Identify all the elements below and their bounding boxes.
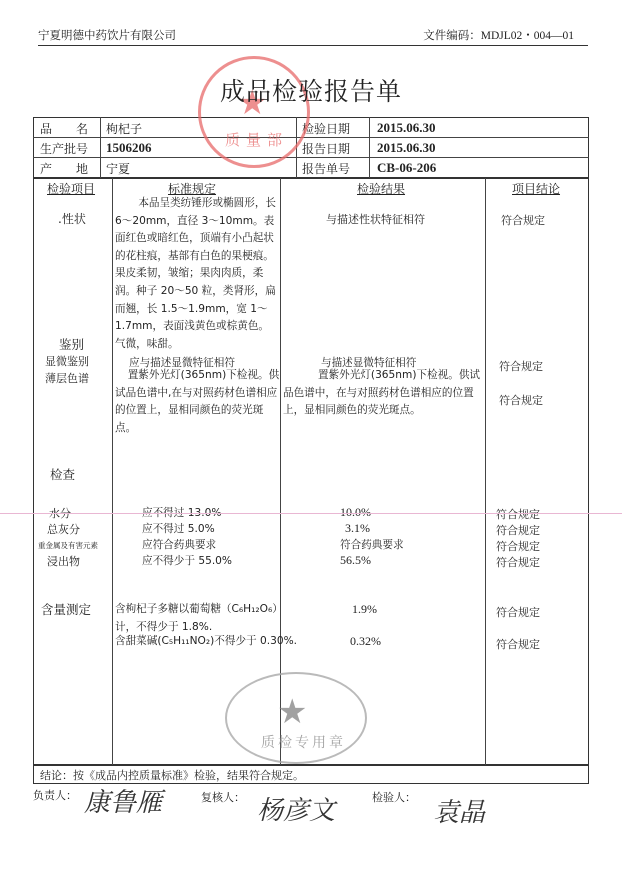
label-report-date: 报告日期: [302, 140, 350, 157]
stamp-dept-text: 质量部: [225, 129, 288, 150]
label-name: 品 名: [40, 120, 88, 137]
conclusion-heavy-metals: 符合规定: [496, 538, 540, 554]
conclusion-assay-2: 符合规定: [496, 636, 540, 652]
conclusion-micro: 符合规定: [499, 358, 543, 374]
divider: [33, 137, 589, 138]
standard-total-ash: 应不得过 5.0%: [142, 521, 215, 536]
conclusion-extractives: 符合规定: [496, 554, 540, 570]
doc-code: 文件编码：MDJL02・004—01: [423, 27, 574, 43]
star-icon: ★: [277, 692, 307, 732]
item-extractives: 浸出物: [47, 553, 80, 569]
divider: [112, 178, 113, 765]
divider: [100, 117, 101, 178]
result-extractives: 56.5%: [340, 553, 371, 568]
item-heavy-metals: 重金属及有害元素: [38, 540, 98, 551]
responsible-label: 负责人：: [33, 787, 77, 803]
value-origin: 宁夏: [106, 160, 130, 177]
label-origin: 产 地: [40, 160, 88, 177]
inspector-signature: 袁晶: [433, 792, 485, 829]
reviewer-signature: 杨彦文: [257, 790, 335, 827]
result-heavy-metals: 符合药典要求: [340, 537, 404, 552]
col-header-result: 检验结果: [357, 180, 405, 197]
divider: [485, 178, 486, 765]
divider: [33, 157, 589, 158]
standard-heavy-metals: 应符合药典要求: [142, 537, 216, 552]
doc-code-label: 文件编码：: [423, 28, 481, 42]
standard-assay-2: 含甜菜碱(C₅H₁₁NO₂)不得少于 0.30%.: [115, 633, 297, 648]
inspector-label: 检验人：: [372, 789, 416, 805]
label-test-date: 检验日期: [302, 120, 350, 137]
standard-assay-1: 含枸杞子多糖以葡萄糖（C₆H₁₂O₆）计，不得少于 1.8%.: [115, 601, 280, 636]
heading-inspection: 检查: [50, 465, 75, 483]
result-character: 与描述性状特征相符: [326, 211, 425, 227]
doc-code-value: MDJL02・004—01: [481, 30, 574, 42]
result-tlc: 置紫外光灯(365nm)下检视。供试品色谱中，在与对照药材色谱相应的位置上，显相…: [283, 367, 483, 420]
result-total-ash: 3.1%: [345, 521, 370, 536]
value-name: 枸杞子: [106, 120, 142, 137]
stamp-qc-text: 质检专用章: [261, 732, 346, 752]
scan-artifact-line: [0, 513, 622, 514]
heading-identification: 鉴别: [59, 335, 84, 353]
page-title: 成品检验报告单: [0, 72, 622, 108]
conclusion-character: 符合规定: [501, 212, 545, 228]
conclusion-assay-1: 符合规定: [496, 604, 540, 620]
responsible-signature: 康鲁雁: [84, 782, 162, 819]
reviewer-label: 复核人：: [201, 789, 245, 805]
conclusion-total-ash: 符合规定: [496, 522, 540, 538]
result-assay-2: 0.32%: [350, 634, 381, 649]
label-report-no: 报告单号: [302, 160, 350, 177]
item-assay: 含量测定: [41, 600, 91, 618]
value-report-date: 2015.06.30: [377, 140, 436, 156]
qc-stamp: ★ 质检专用章: [225, 672, 367, 764]
standard-character: 本品呈类纺锤形或椭圆形，长6～20mm，直径 3～10mm。表面红色或暗红色，顶…: [115, 195, 278, 353]
result-assay-1: 1.9%: [352, 602, 377, 617]
standard-extractives: 应不得少于 55.0%: [142, 553, 232, 568]
item-micro: 显微鉴别: [45, 353, 89, 369]
conclusion-tlc: 符合规定: [499, 392, 543, 408]
value-test-date: 2015.06.30: [377, 120, 436, 136]
company-name: 宁夏明德中药饮片有限公司: [38, 27, 176, 43]
label-batch: 生产批号: [40, 140, 88, 157]
item-total-ash: 总灰分: [47, 521, 80, 537]
value-report-no: CB-06-206: [377, 160, 436, 176]
conclusion-text: 结论：按《成品内控质量标准》检验，结果符合规定。: [40, 767, 304, 783]
document-header: 宁夏明德中药饮片有限公司 文件编码：MDJL02・004—01: [38, 24, 588, 46]
standard-tlc: 置紫外光灯(365nm)下检视。供试品色谱中,在与对照药材色谱相应的位置上，显相…: [115, 367, 280, 437]
divider: [369, 117, 370, 178]
item-character: .性状: [58, 210, 86, 227]
col-header-conclusion: 项目结论: [512, 180, 560, 197]
conclusion-moisture: 符合规定: [496, 506, 540, 522]
col-header-item: 检验项目: [47, 180, 95, 197]
value-batch: 1506206: [106, 140, 152, 156]
item-tlc: 薄层色谱: [45, 370, 89, 386]
